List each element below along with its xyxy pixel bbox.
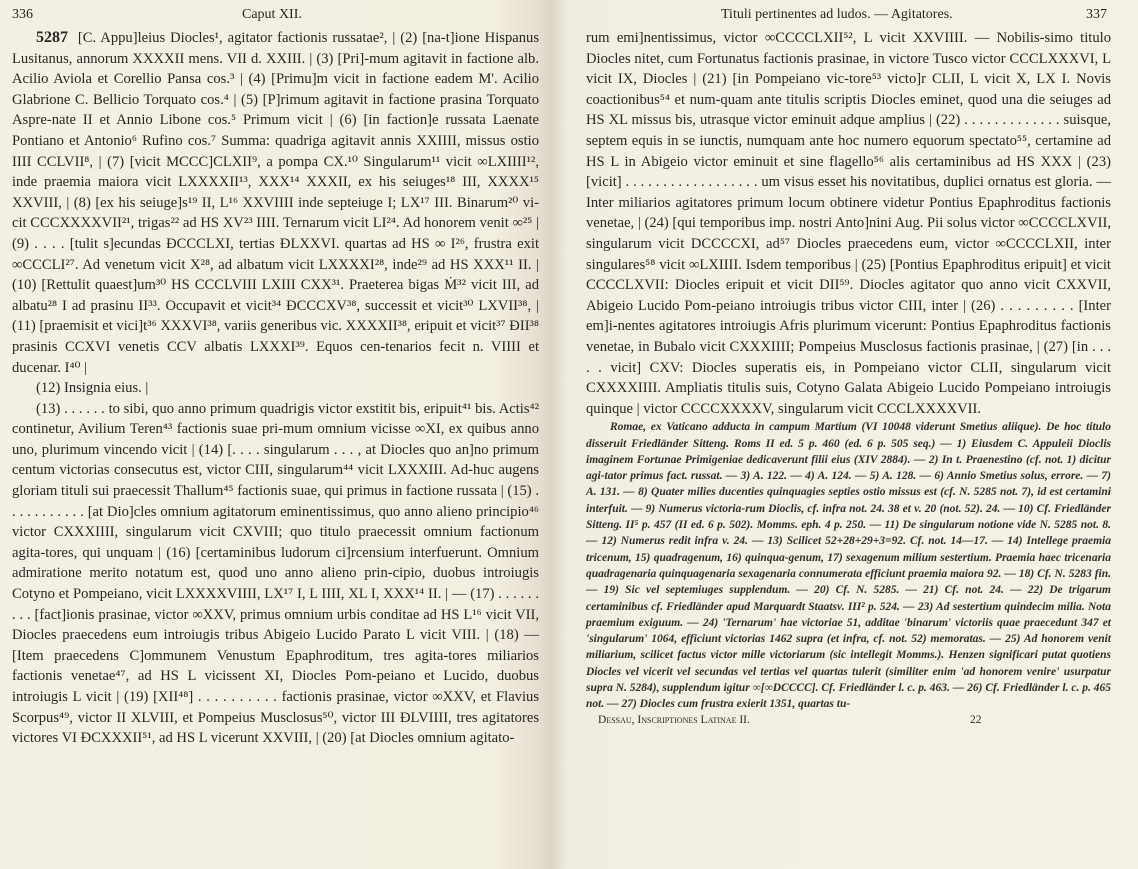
book-gutter [550, 0, 576, 869]
book-spread: 336 Caput XII. 5287 [C. Appu]leius Diocl… [0, 0, 1138, 869]
right-page: Tituli pertinentes ad ludos. — Agitatore… [576, 0, 1138, 869]
paragraph: (12) Insignia eius. | [12, 378, 539, 399]
left-page: 336 Caput XII. 5287 [C. Appu]leius Diocl… [0, 0, 550, 869]
inscription-text: 5287 [C. Appu]leius Diocles¹, agitator f… [12, 28, 539, 749]
running-header: 336 Caput XII. [12, 2, 550, 28]
running-head-title: Caput XII. [242, 2, 302, 28]
notes-text: Romae, ex Vaticano adducta in campum Mar… [586, 419, 1111, 712]
commentary-notes: Romae, ex Vaticano adducta in campum Mar… [586, 419, 1111, 712]
running-header: Tituli pertinentes ad ludos. — Agitatore… [586, 2, 1138, 28]
paragraph: (13) . . . . . . to sibi, quo anno primu… [12, 399, 539, 749]
footer-source: Dessau, Inscriptiones Latinae II. [598, 714, 750, 726]
paragraph: rum emi]nentissimus, victor ∞CCCCLXII⁵²,… [586, 28, 1111, 419]
signature-mark: 22 [970, 714, 982, 726]
inscription-number: 5287 [36, 29, 68, 46]
running-head-title: Tituli pertinentes ad ludos. — Agitatore… [721, 2, 953, 28]
page-number: 337 [1086, 2, 1107, 28]
page-footer: Dessau, Inscriptiones Latinae II. 22 [586, 714, 1138, 732]
page-number: 336 [12, 2, 33, 28]
inscription-text: rum emi]nentissimus, victor ∞CCCCLXII⁵²,… [586, 28, 1111, 419]
paragraph: 5287 [C. Appu]leius Diocles¹, agitator f… [12, 28, 539, 378]
